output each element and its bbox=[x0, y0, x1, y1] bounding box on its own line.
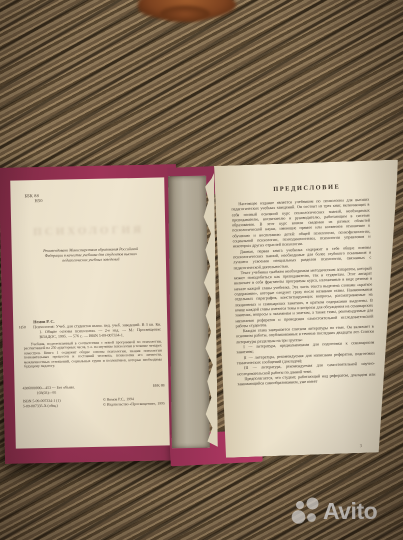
book-photo: ББК 88 Н50 ПСИХОЛОГИЯ Рекомендовано Мини… bbox=[0, 0, 403, 540]
avito-watermark: Avito bbox=[291, 496, 377, 526]
imprint-page: ББК 88 Н50 ПСИХОЛОГИЯ Рекомендовано Мини… bbox=[10, 177, 170, 448]
preface-paragraph: Настоящее издание является учебником по … bbox=[231, 197, 371, 249]
avito-watermark-text: Avito bbox=[323, 500, 377, 523]
isbn-line2: 5-09-007335-X (общ.) bbox=[23, 403, 61, 409]
bbk-bottom: ББК 88 bbox=[153, 383, 165, 388]
annotation-text: Учебник, подготовленный в соответствии с… bbox=[24, 339, 163, 369]
book-spine-lining bbox=[168, 176, 210, 449]
catalog-entry: Психология: Учеб. для студентов высш. пе… bbox=[33, 322, 161, 339]
bbk-line2: Н50 bbox=[35, 198, 43, 203]
ministry-recommendation: Рекомендовано Министерством образования … bbox=[39, 247, 143, 264]
copyright-publisher: © Издательство «Просвещение», 1995 bbox=[103, 401, 165, 407]
preface-paragraph: Текст учебника снабжен необходимым метод… bbox=[234, 265, 374, 328]
bbk-classification: ББК 88 Н50 bbox=[24, 193, 42, 203]
preface-page: ПРЕДИСЛОВИЕ Настоящее издание является у… bbox=[214, 160, 403, 458]
page-number: 3 bbox=[360, 443, 362, 448]
carpet-fringe-object-shade bbox=[160, 6, 210, 22]
title-show-through: ПСИХОЛОГИЯ bbox=[33, 224, 143, 238]
isbn-block: ISBN 5-09-007334-1 (1) 5-09-007335-X (об… bbox=[23, 398, 61, 409]
bibliographic-entry: Н50 Немов Р. С. Психология: Учеб. для ст… bbox=[23, 318, 162, 370]
imprint-block: 4306000000—453 — Без объявл. ББК 88 103(… bbox=[23, 383, 165, 409]
copyright-block: © Немов Р.С., 1994 © Издательство «Просв… bbox=[103, 396, 165, 407]
preface-heading: ПРЕДИСЛОВИЕ bbox=[215, 182, 399, 195]
avito-logo-icon bbox=[291, 496, 321, 526]
margin-code: Н50 bbox=[19, 325, 26, 330]
preface-text: Настоящее издание является учебником по … bbox=[231, 197, 375, 387]
